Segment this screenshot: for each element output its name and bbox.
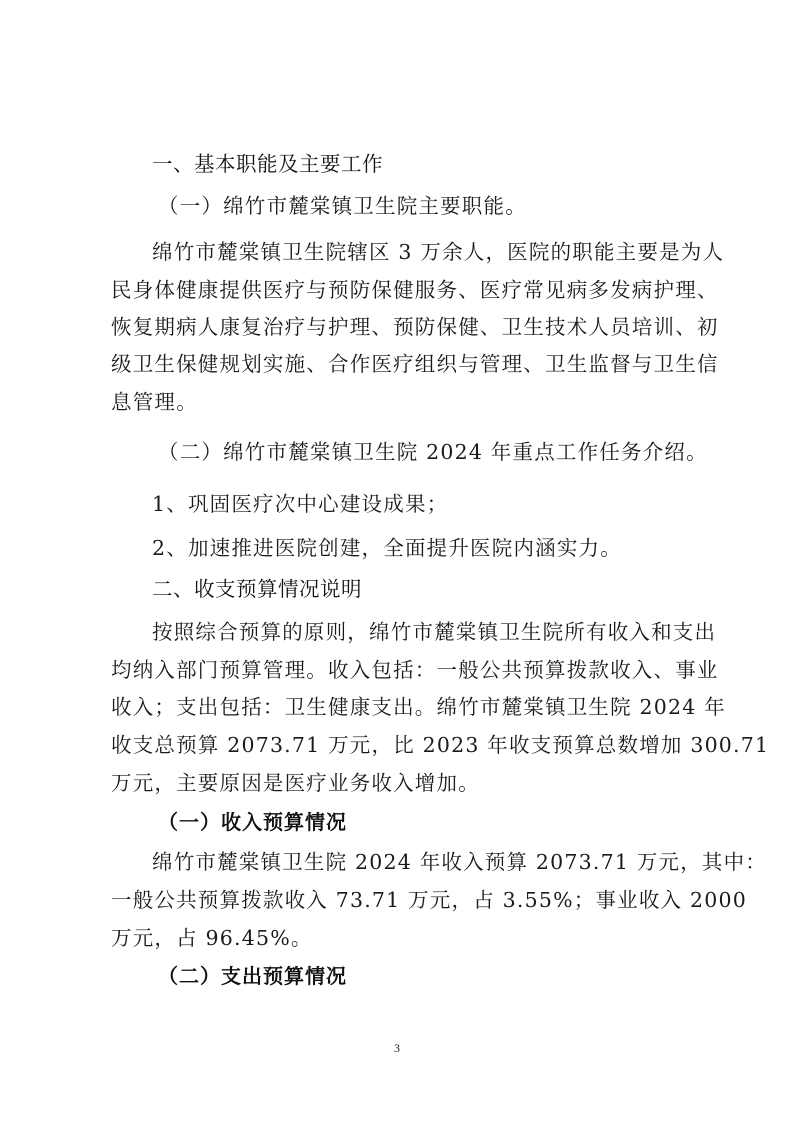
paragraph-line: 收入；支出包括：卫生健康支出。绵竹市麓棠镇卫生院 2024 年	[111, 695, 699, 719]
section-heading-1: 一、基本职能及主要工作	[152, 152, 740, 176]
paragraph-line: 恢复期病人康复治疗与护理、预防保健、卫生技术人员培训、初	[111, 315, 699, 339]
paragraph-line: 绵竹市麓棠镇卫生院辖区 3 万余人，医院的职能主要是为人	[152, 240, 699, 264]
paragraph-line: 息管理。	[111, 390, 699, 414]
paragraph-line: 均纳入部门预算管理。收入包括：一般公共预算拨款收入、事业	[111, 658, 699, 682]
paragraph-line: 一般公共预算拨款收入 73.71 万元，占 3.55%；事业收入 2000	[111, 888, 699, 912]
subsection-heading-income: （一）收入预算情况	[158, 810, 746, 834]
page-number: 3	[390, 1041, 404, 1056]
paragraph-line: 万元，主要原因是医疗业务收入增加。	[111, 771, 699, 795]
paragraph-line: 民身体健康提供医疗与预防保健服务、医疗常见病多发病护理、	[111, 278, 699, 302]
task-item: 2、加速推进医院创建，全面提升医院内涵实力。	[152, 536, 740, 560]
section-heading-2: 二、收支预算情况说明	[152, 577, 740, 601]
paragraph-line: 收支总预算 2073.71 万元，比 2023 年收支预算总数增加 300.71	[111, 733, 699, 757]
document-page: 一、基本职能及主要工作 （一）绵竹市麓棠镇卫生院主要职能。 绵竹市麓棠镇卫生院辖…	[0, 0, 793, 1122]
paragraph-line: 万元，占 96.45%。	[111, 926, 699, 950]
paragraph-line: 按照综合预算的原则，绵竹市麓棠镇卫生院所有收入和支出	[152, 620, 699, 644]
paragraph-line: 级卫生保健规划实施、合作医疗组织与管理、卫生监督与卫生信	[111, 352, 699, 376]
subsection-heading-functions: （一）绵竹市麓棠镇卫生院主要职能。	[158, 194, 746, 218]
task-item: 1、巩固医疗次中心建设成果；	[152, 492, 740, 516]
subsection-heading-expenditure: （二）支出预算情况	[158, 964, 746, 988]
paragraph-line: 绵竹市麓棠镇卫生院 2024 年收入预算 2073.71 万元，其中：	[152, 850, 699, 874]
subsection-heading-tasks: （二）绵竹市麓棠镇卫生院 2024 年重点工作任务介绍。	[158, 440, 746, 464]
